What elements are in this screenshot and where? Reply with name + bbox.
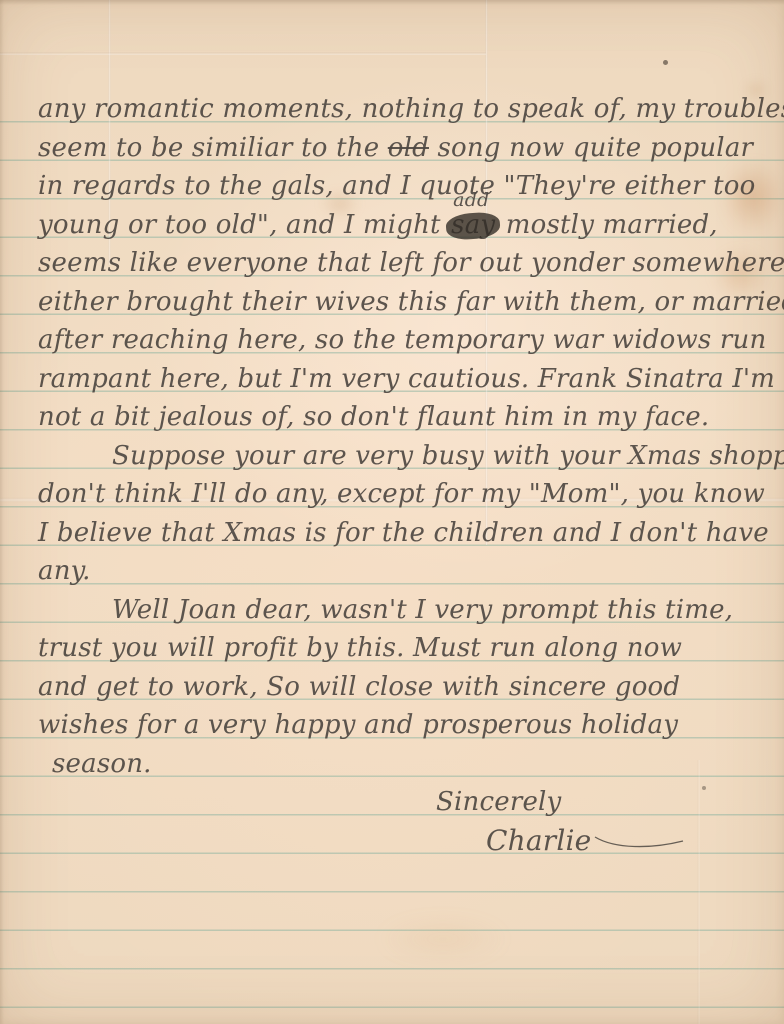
line-text: song now quite popular: [429, 133, 753, 163]
letter-line: in regards to the gals, and I quote "The…: [38, 167, 774, 206]
paper-left-edge-shadow: [0, 0, 4, 1024]
letter-line: any.: [38, 552, 774, 591]
letter-line: wishes for a very happy and prosperous h…: [38, 706, 774, 745]
signature-name-text: Charlie: [486, 824, 591, 857]
signature-name: Charlie: [38, 822, 774, 861]
letter-line: rampant here, but I'm very cautious. Fra…: [38, 360, 774, 399]
letter-line: not a bit jealous of, so don't flaunt hi…: [38, 398, 774, 437]
letter-body: any romantic moments, nothing to speak o…: [38, 90, 774, 860]
struck-word: old: [388, 133, 429, 163]
inserted-correction: add: [453, 191, 489, 210]
line-text: seem to be similiar to the: [38, 133, 388, 163]
letter-line: after reaching here, so the temporary wa…: [38, 321, 774, 360]
scribbled-out-word: sayadd: [449, 206, 497, 245]
letter-line: seem to be similiar to the old song now …: [38, 129, 774, 168]
signature-flourish: [593, 834, 685, 850]
letter-line: any romantic moments, nothing to speak o…: [38, 90, 774, 129]
line-text: mostly married,: [497, 210, 717, 240]
line-text: young or too old", and I might: [38, 210, 449, 240]
letter-line: and get to work, So will close with sinc…: [38, 668, 774, 707]
letter-page: any romantic moments, nothing to speak o…: [0, 0, 784, 1024]
letter-line: trust you will profit by this. Must run …: [38, 629, 774, 668]
scribbled-word-text: say: [451, 210, 495, 240]
signature-closing: Sincerely: [38, 783, 774, 822]
fold-crease-horizontal: [0, 52, 486, 55]
letter-line: young or too old", and I might sayadd mo…: [38, 206, 774, 245]
letter-line-paragraph-start: Well Joan dear, wasn't I very prompt thi…: [38, 591, 774, 630]
letter-line: seems like everyone that left for out yo…: [38, 244, 774, 283]
letter-line: I believe that Xmas is for the children …: [38, 514, 774, 553]
letter-line-paragraph-start: Suppose your are very busy with your Xma…: [38, 437, 774, 476]
letter-line: don't think I'll do any, except for my "…: [38, 475, 774, 514]
letter-line: either brought their wives this far with…: [38, 283, 774, 322]
letter-line: season.: [38, 745, 774, 784]
paper-top-edge-shadow: [0, 0, 784, 5]
ink-speck: [663, 60, 668, 65]
